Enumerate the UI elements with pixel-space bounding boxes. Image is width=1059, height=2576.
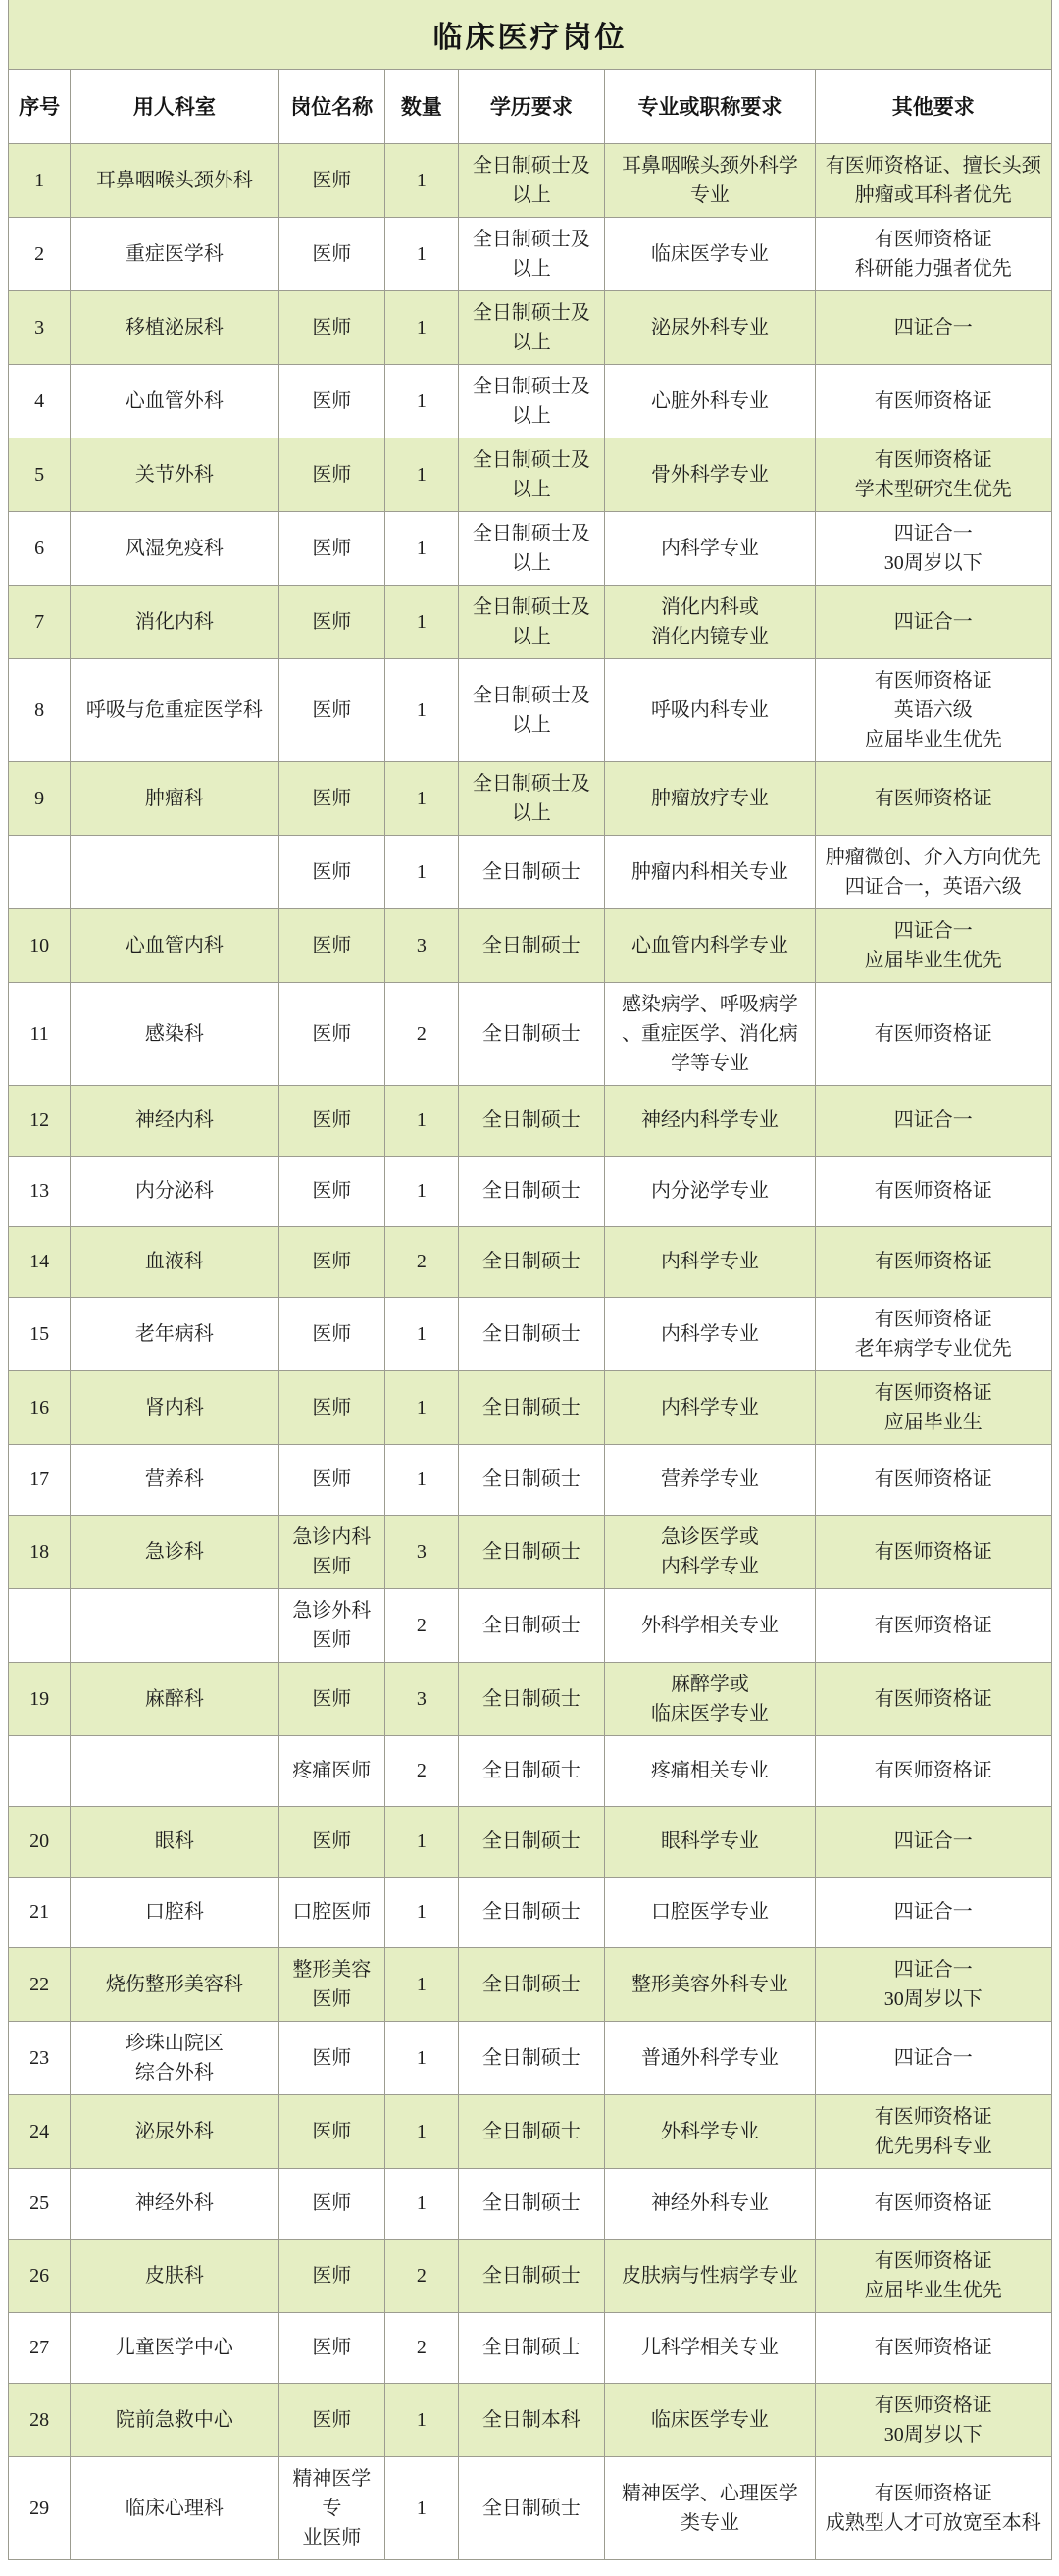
cell-other: 四证合一 应届毕业生优先 — [815, 908, 1051, 982]
cell-major: 神经内科学专业 — [605, 1085, 815, 1156]
cell-other: 四证合一 30周岁以下 — [815, 511, 1051, 585]
cell-other: 有医师资格证 — [815, 2312, 1051, 2383]
cell-serial: 21 — [9, 1877, 71, 1947]
cell-major: 口腔医学专业 — [605, 1877, 815, 1947]
cell-department: 感染科 — [71, 982, 278, 1085]
cell-other: 有医师资格证 — [815, 364, 1051, 438]
cell-other: 四证合一 — [815, 290, 1051, 364]
cell-count: 2 — [385, 1588, 458, 1662]
cell-major: 整形美容外科专业 — [605, 1947, 815, 2021]
table-row: 16肾内科医师1全日制硕士内科学专业有医师资格证 应届毕业生 — [9, 1370, 1052, 1444]
cell-education: 全日制硕士 — [458, 1226, 605, 1297]
cell-serial: 16 — [9, 1370, 71, 1444]
cell-count: 1 — [385, 364, 458, 438]
cell-other: 有医师资格证 — [815, 1662, 1051, 1735]
table-row: 29临床心理科精神医学专 业医师1全日制硕士精神医学、心理医学 类专业有医师资格… — [9, 2456, 1052, 2559]
cell-position: 医师 — [278, 290, 385, 364]
cell-position: 医师 — [278, 761, 385, 835]
cell-other: 有医师资格证 — [815, 1444, 1051, 1515]
cell-position: 医师 — [278, 2021, 385, 2094]
cell-serial: 23 — [9, 2021, 71, 2094]
page-title: 临床医疗岗位 — [9, 0, 1052, 69]
cell-education: 全日制硕士 — [458, 2456, 605, 2559]
table-body: 1耳鼻咽喉头颈外科医师1全日制硕士及 以上耳鼻咽喉头颈外科学 专业有医师资格证、… — [9, 143, 1052, 2559]
cell-serial: 4 — [9, 364, 71, 438]
cell-other: 有医师资格证 — [815, 1226, 1051, 1297]
cell-position: 医师 — [278, 217, 385, 290]
table-row: 27儿童医学中心医师2全日制硕士儿科学相关专业有医师资格证 — [9, 2312, 1052, 2383]
cell-major: 呼吸内科专业 — [605, 658, 815, 761]
cell-department: 营养科 — [71, 1444, 278, 1515]
table-row: 12神经内科医师1全日制硕士神经内科学专业四证合一 — [9, 1085, 1052, 1156]
cell-other: 有医师资格证 成熟型人才可放宽至本科 — [815, 2456, 1051, 2559]
cell-education: 全日制硕士 — [458, 908, 605, 982]
col-header-education: 学历要求 — [458, 69, 605, 143]
cell-position: 疼痛医师 — [278, 1735, 385, 1806]
cell-serial: 28 — [9, 2383, 71, 2456]
cell-major: 内科学专业 — [605, 1226, 815, 1297]
cell-major: 内科学专业 — [605, 511, 815, 585]
cell-education: 全日制硕士 — [458, 1444, 605, 1515]
cell-serial: 2 — [9, 217, 71, 290]
table-row: 28院前急救中心医师1全日制本科临床医学专业有医师资格证 30周岁以下 — [9, 2383, 1052, 2456]
table-row: 3移植泌尿科医师1全日制硕士及 以上泌尿外科专业四证合一 — [9, 290, 1052, 364]
cell-major: 精神医学、心理医学 类专业 — [605, 2456, 815, 2559]
cell-serial: 20 — [9, 1806, 71, 1877]
cell-department: 关节外科 — [71, 438, 278, 511]
cell-position: 医师 — [278, 2239, 385, 2312]
table-row: 9肿瘤科医师1全日制硕士及 以上肿瘤放疗专业有医师资格证 — [9, 761, 1052, 835]
cell-serial: 6 — [9, 511, 71, 585]
cell-department: 皮肤科 — [71, 2239, 278, 2312]
cell-position: 医师 — [278, 982, 385, 1085]
cell-department: 神经外科 — [71, 2168, 278, 2239]
cell-other: 有医师资格证 30周岁以下 — [815, 2383, 1051, 2456]
cell-count: 1 — [385, 438, 458, 511]
cell-serial: 11 — [9, 982, 71, 1085]
cell-count: 1 — [385, 1444, 458, 1515]
cell-major: 营养学专业 — [605, 1444, 815, 1515]
cell-department: 呼吸与危重症医学科 — [71, 658, 278, 761]
cell-count: 1 — [385, 1297, 458, 1370]
cell-count: 1 — [385, 290, 458, 364]
table-row: 急诊外科 医师2全日制硕士外科学相关专业有医师资格证 — [9, 1588, 1052, 1662]
cell-department: 儿童医学中心 — [71, 2312, 278, 2383]
cell-other: 有医师资格证 — [815, 1515, 1051, 1588]
cell-other: 四证合一 30周岁以下 — [815, 1947, 1051, 2021]
cell-position: 医师 — [278, 1444, 385, 1515]
cell-education: 全日制硕士 — [458, 2168, 605, 2239]
table-row: 18急诊科急诊内科 医师3全日制硕士急诊医学或 内科学专业有医师资格证 — [9, 1515, 1052, 1588]
cell-serial: 19 — [9, 1662, 71, 1735]
cell-serial: 1 — [9, 143, 71, 217]
cell-count: 3 — [385, 1515, 458, 1588]
cell-serial: 27 — [9, 2312, 71, 2383]
cell-department: 神经内科 — [71, 1085, 278, 1156]
cell-serial: 29 — [9, 2456, 71, 2559]
cell-count: 1 — [385, 511, 458, 585]
cell-department: 急诊科 — [71, 1515, 278, 1588]
cell-serial: 9 — [9, 761, 71, 835]
cell-education: 全日制硕士及 以上 — [458, 290, 605, 364]
cell-major: 眼科学专业 — [605, 1806, 815, 1877]
cell-department: 口腔科 — [71, 1877, 278, 1947]
cell-major: 心脏外科专业 — [605, 364, 815, 438]
cell-position: 医师 — [278, 1806, 385, 1877]
cell-position: 医师 — [278, 908, 385, 982]
cell-other: 有医师资格证、擅长头颈 肿瘤或耳科者优先 — [815, 143, 1051, 217]
title-row: 临床医疗岗位 — [9, 0, 1052, 69]
cell-position: 医师 — [278, 1297, 385, 1370]
cell-major: 神经外科专业 — [605, 2168, 815, 2239]
cell-count: 1 — [385, 1370, 458, 1444]
cell-other: 四证合一 — [815, 1877, 1051, 1947]
cell-major: 临床医学专业 — [605, 2383, 815, 2456]
cell-count: 2 — [385, 2239, 458, 2312]
table-row: 7消化内科医师1全日制硕士及 以上消化内科或 消化内镜专业四证合一 — [9, 585, 1052, 658]
table-row: 26皮肤科医师2全日制硕士皮肤病与性病学专业有医师资格证 应届毕业生优先 — [9, 2239, 1052, 2312]
cell-major: 骨外科学专业 — [605, 438, 815, 511]
cell-education: 全日制硕士 — [458, 1515, 605, 1588]
cell-serial: 8 — [9, 658, 71, 761]
cell-education: 全日制硕士 — [458, 835, 605, 908]
cell-other: 有医师资格证 — [815, 761, 1051, 835]
cell-position: 医师 — [278, 1085, 385, 1156]
cell-major: 泌尿外科专业 — [605, 290, 815, 364]
cell-education: 全日制硕士及 以上 — [458, 511, 605, 585]
cell-position: 急诊内科 医师 — [278, 1515, 385, 1588]
cell-count: 1 — [385, 2021, 458, 2094]
cell-education: 全日制硕士及 以上 — [458, 438, 605, 511]
cell-major: 急诊医学或 内科学专业 — [605, 1515, 815, 1588]
cell-serial: 26 — [9, 2239, 71, 2312]
cell-major: 儿科学相关专业 — [605, 2312, 815, 2383]
table-row: 8呼吸与危重症医学科医师1全日制硕士及 以上呼吸内科专业有医师资格证 英语六级 … — [9, 658, 1052, 761]
cell-department: 移植泌尿科 — [71, 290, 278, 364]
cell-other: 四证合一 — [815, 585, 1051, 658]
table-row: 4心血管外科医师1全日制硕士及 以上心脏外科专业有医师资格证 — [9, 364, 1052, 438]
cell-count: 1 — [385, 1806, 458, 1877]
cell-count: 1 — [385, 143, 458, 217]
cell-other: 有医师资格证 — [815, 2168, 1051, 2239]
cell-serial: 5 — [9, 438, 71, 511]
cell-education: 全日制硕士 — [458, 1877, 605, 1947]
cell-major: 皮肤病与性病学专业 — [605, 2239, 815, 2312]
cell-position: 精神医学专 业医师 — [278, 2456, 385, 2559]
table-row: 24泌尿外科医师1全日制硕士外科学专业有医师资格证 优先男科专业 — [9, 2094, 1052, 2168]
cell-education: 全日制硕士 — [458, 1297, 605, 1370]
cell-education: 全日制本科 — [458, 2383, 605, 2456]
table-row: 17营养科医师1全日制硕士营养学专业有医师资格证 — [9, 1444, 1052, 1515]
cell-count: 2 — [385, 1226, 458, 1297]
cell-education: 全日制硕士 — [458, 2312, 605, 2383]
cell-education: 全日制硕士 — [458, 1947, 605, 2021]
table-row: 6风湿免疫科医师1全日制硕士及 以上内科学专业四证合一 30周岁以下 — [9, 511, 1052, 585]
cell-department: 内分泌科 — [71, 1156, 278, 1226]
cell-serial: 7 — [9, 585, 71, 658]
cell-position: 医师 — [278, 2168, 385, 2239]
cell-count: 1 — [385, 658, 458, 761]
cell-major: 麻醉学或 临床医学专业 — [605, 1662, 815, 1735]
cell-major: 消化内科或 消化内镜专业 — [605, 585, 815, 658]
cell-education: 全日制硕士 — [458, 982, 605, 1085]
cell-other: 有医师资格证 — [815, 1588, 1051, 1662]
cell-education: 全日制硕士及 以上 — [458, 143, 605, 217]
table-row: 5关节外科医师1全日制硕士及 以上骨外科学专业有医师资格证 学术型研究生优先 — [9, 438, 1052, 511]
cell-education: 全日制硕士 — [458, 1662, 605, 1735]
cell-position: 医师 — [278, 2094, 385, 2168]
cell-education: 全日制硕士 — [458, 2021, 605, 2094]
cell-count: 3 — [385, 908, 458, 982]
cell-education: 全日制硕士 — [458, 1370, 605, 1444]
cell-education: 全日制硕士 — [458, 1085, 605, 1156]
cell-major: 临床医学专业 — [605, 217, 815, 290]
cell-serial — [9, 835, 71, 908]
cell-major: 内科学专业 — [605, 1370, 815, 1444]
cell-count: 2 — [385, 1735, 458, 1806]
cell-count: 1 — [385, 2094, 458, 2168]
table-row: 1耳鼻咽喉头颈外科医师1全日制硕士及 以上耳鼻咽喉头颈外科学 专业有医师资格证、… — [9, 143, 1052, 217]
cell-position: 医师 — [278, 2312, 385, 2383]
cell-position: 医师 — [278, 1226, 385, 1297]
cell-position: 医师 — [278, 2383, 385, 2456]
cell-department: 珍珠山院区 综合外科 — [71, 2021, 278, 2094]
cell-serial: 17 — [9, 1444, 71, 1515]
cell-other: 有医师资格证 — [815, 1735, 1051, 1806]
table-row: 疼痛医师2全日制硕士疼痛相关专业有医师资格证 — [9, 1735, 1052, 1806]
table-row: 10心血管内科医师3全日制硕士心血管内科学专业四证合一 应届毕业生优先 — [9, 908, 1052, 982]
cell-position: 急诊外科 医师 — [278, 1588, 385, 1662]
col-header-count: 数量 — [385, 69, 458, 143]
cell-position: 口腔医师 — [278, 1877, 385, 1947]
cell-position: 医师 — [278, 1370, 385, 1444]
col-header-position: 岗位名称 — [278, 69, 385, 143]
cell-count: 1 — [385, 761, 458, 835]
cell-other: 有医师资格证 科研能力强者优先 — [815, 217, 1051, 290]
table-row: 11感染科医师2全日制硕士感染病学、呼吸病学 、重症医学、消化病 学等专业有医师… — [9, 982, 1052, 1085]
cell-position: 医师 — [278, 364, 385, 438]
table-row: 25神经外科医师1全日制硕士神经外科专业有医师资格证 — [9, 2168, 1052, 2239]
recruitment-table: 临床医疗岗位 序号 用人科室 岗位名称 数量 学历要求 专业或职称要求 其他要求… — [8, 0, 1052, 2560]
cell-count: 1 — [385, 2168, 458, 2239]
cell-other: 有医师资格证 英语六级 应届毕业生优先 — [815, 658, 1051, 761]
cell-department: 血液科 — [71, 1226, 278, 1297]
cell-major: 外科学相关专业 — [605, 1588, 815, 1662]
cell-count: 1 — [385, 2456, 458, 2559]
cell-major: 内科学专业 — [605, 1297, 815, 1370]
cell-major: 普通外科学专业 — [605, 2021, 815, 2094]
cell-education: 全日制硕士及 以上 — [458, 585, 605, 658]
cell-serial — [9, 1588, 71, 1662]
col-header-serial: 序号 — [9, 69, 71, 143]
cell-department: 消化内科 — [71, 585, 278, 658]
cell-count: 1 — [385, 217, 458, 290]
table-row: 13内分泌科医师1全日制硕士内分泌学专业有医师资格证 — [9, 1156, 1052, 1226]
cell-count: 1 — [385, 1085, 458, 1156]
cell-count: 1 — [385, 1877, 458, 1947]
cell-department — [71, 835, 278, 908]
cell-position: 医师 — [278, 438, 385, 511]
cell-education: 全日制硕士及 以上 — [458, 761, 605, 835]
cell-other: 四证合一 — [815, 2021, 1051, 2094]
cell-other: 有医师资格证 学术型研究生优先 — [815, 438, 1051, 511]
cell-serial: 3 — [9, 290, 71, 364]
cell-other: 有医师资格证 — [815, 1156, 1051, 1226]
cell-department: 眼科 — [71, 1806, 278, 1877]
cell-department: 院前急救中心 — [71, 2383, 278, 2456]
cell-education: 全日制硕士 — [458, 2094, 605, 2168]
cell-serial: 25 — [9, 2168, 71, 2239]
cell-serial: 14 — [9, 1226, 71, 1297]
cell-position: 整形美容 医师 — [278, 1947, 385, 2021]
cell-other: 有医师资格证 老年病学专业优先 — [815, 1297, 1051, 1370]
cell-education: 全日制硕士 — [458, 1156, 605, 1226]
cell-count: 1 — [385, 1947, 458, 2021]
cell-serial — [9, 1735, 71, 1806]
cell-education: 全日制硕士 — [458, 2239, 605, 2312]
cell-department — [71, 1735, 278, 1806]
cell-serial: 12 — [9, 1085, 71, 1156]
cell-department: 肾内科 — [71, 1370, 278, 1444]
cell-department — [71, 1588, 278, 1662]
cell-position: 医师 — [278, 585, 385, 658]
cell-position: 医师 — [278, 658, 385, 761]
table-row: 19麻醉科医师3全日制硕士麻醉学或 临床医学专业有医师资格证 — [9, 1662, 1052, 1735]
cell-count: 1 — [385, 835, 458, 908]
cell-department: 麻醉科 — [71, 1662, 278, 1735]
cell-position: 医师 — [278, 1662, 385, 1735]
cell-other: 有医师资格证 — [815, 982, 1051, 1085]
table-row: 2重症医学科医师1全日制硕士及 以上临床医学专业有医师资格证 科研能力强者优先 — [9, 217, 1052, 290]
cell-department: 泌尿外科 — [71, 2094, 278, 2168]
cell-major: 肿瘤放疗专业 — [605, 761, 815, 835]
cell-other: 有医师资格证 应届毕业生 — [815, 1370, 1051, 1444]
cell-education: 全日制硕士及 以上 — [458, 364, 605, 438]
cell-other: 有医师资格证 优先男科专业 — [815, 2094, 1051, 2168]
cell-other: 肿瘤微创、介入方向优先 四证合一，英语六级 — [815, 835, 1051, 908]
table-row: 22烧伤整形美容科整形美容 医师1全日制硕士整形美容外科专业四证合一 30周岁以… — [9, 1947, 1052, 2021]
cell-count: 1 — [385, 1156, 458, 1226]
table-row: 14血液科医师2全日制硕士内科学专业有医师资格证 — [9, 1226, 1052, 1297]
cell-position: 医师 — [278, 143, 385, 217]
cell-department: 重症医学科 — [71, 217, 278, 290]
cell-education: 全日制硕士 — [458, 1735, 605, 1806]
table-row: 15老年病科医师1全日制硕士内科学专业有医师资格证 老年病学专业优先 — [9, 1297, 1052, 1370]
cell-position: 医师 — [278, 511, 385, 585]
table-row: 21口腔科口腔医师1全日制硕士口腔医学专业四证合一 — [9, 1877, 1052, 1947]
cell-education: 全日制硕士及 以上 — [458, 658, 605, 761]
cell-other: 四证合一 — [815, 1085, 1051, 1156]
table-row: 医师1全日制硕士肿瘤内科相关专业肿瘤微创、介入方向优先 四证合一，英语六级 — [9, 835, 1052, 908]
cell-count: 3 — [385, 1662, 458, 1735]
col-header-other: 其他要求 — [815, 69, 1051, 143]
table-row: 20眼科医师1全日制硕士眼科学专业四证合一 — [9, 1806, 1052, 1877]
cell-major: 疼痛相关专业 — [605, 1735, 815, 1806]
cell-department: 肿瘤科 — [71, 761, 278, 835]
cell-serial: 10 — [9, 908, 71, 982]
cell-major: 内分泌学专业 — [605, 1156, 815, 1226]
cell-education: 全日制硕士及 以上 — [458, 217, 605, 290]
cell-count: 2 — [385, 982, 458, 1085]
cell-other: 四证合一 — [815, 1806, 1051, 1877]
cell-other: 有医师资格证 应届毕业生优先 — [815, 2239, 1051, 2312]
cell-serial: 24 — [9, 2094, 71, 2168]
cell-serial: 13 — [9, 1156, 71, 1226]
cell-major: 心血管内科学专业 — [605, 908, 815, 982]
cell-department: 心血管外科 — [71, 364, 278, 438]
cell-department: 老年病科 — [71, 1297, 278, 1370]
cell-major: 耳鼻咽喉头颈外科学 专业 — [605, 143, 815, 217]
recruitment-page: 临床医疗岗位 序号 用人科室 岗位名称 数量 学历要求 专业或职称要求 其他要求… — [0, 0, 1059, 2576]
cell-major: 外科学专业 — [605, 2094, 815, 2168]
cell-serial: 18 — [9, 1515, 71, 1588]
cell-position: 医师 — [278, 1156, 385, 1226]
header-row: 序号 用人科室 岗位名称 数量 学历要求 专业或职称要求 其他要求 — [9, 69, 1052, 143]
cell-serial: 15 — [9, 1297, 71, 1370]
cell-major: 肿瘤内科相关专业 — [605, 835, 815, 908]
cell-major: 感染病学、呼吸病学 、重症医学、消化病 学等专业 — [605, 982, 815, 1085]
cell-department: 心血管内科 — [71, 908, 278, 982]
table-row: 23珍珠山院区 综合外科医师1全日制硕士普通外科学专业四证合一 — [9, 2021, 1052, 2094]
cell-education: 全日制硕士 — [458, 1806, 605, 1877]
cell-education: 全日制硕士 — [458, 1588, 605, 1662]
cell-count: 1 — [385, 2383, 458, 2456]
cell-department: 临床心理科 — [71, 2456, 278, 2559]
cell-serial: 22 — [9, 1947, 71, 2021]
cell-count: 1 — [385, 585, 458, 658]
cell-department: 风湿免疫科 — [71, 511, 278, 585]
cell-department: 耳鼻咽喉头颈外科 — [71, 143, 278, 217]
col-header-department: 用人科室 — [71, 69, 278, 143]
cell-count: 2 — [385, 2312, 458, 2383]
cell-position: 医师 — [278, 835, 385, 908]
cell-department: 烧伤整形美容科 — [71, 1947, 278, 2021]
col-header-major: 专业或职称要求 — [605, 69, 815, 143]
